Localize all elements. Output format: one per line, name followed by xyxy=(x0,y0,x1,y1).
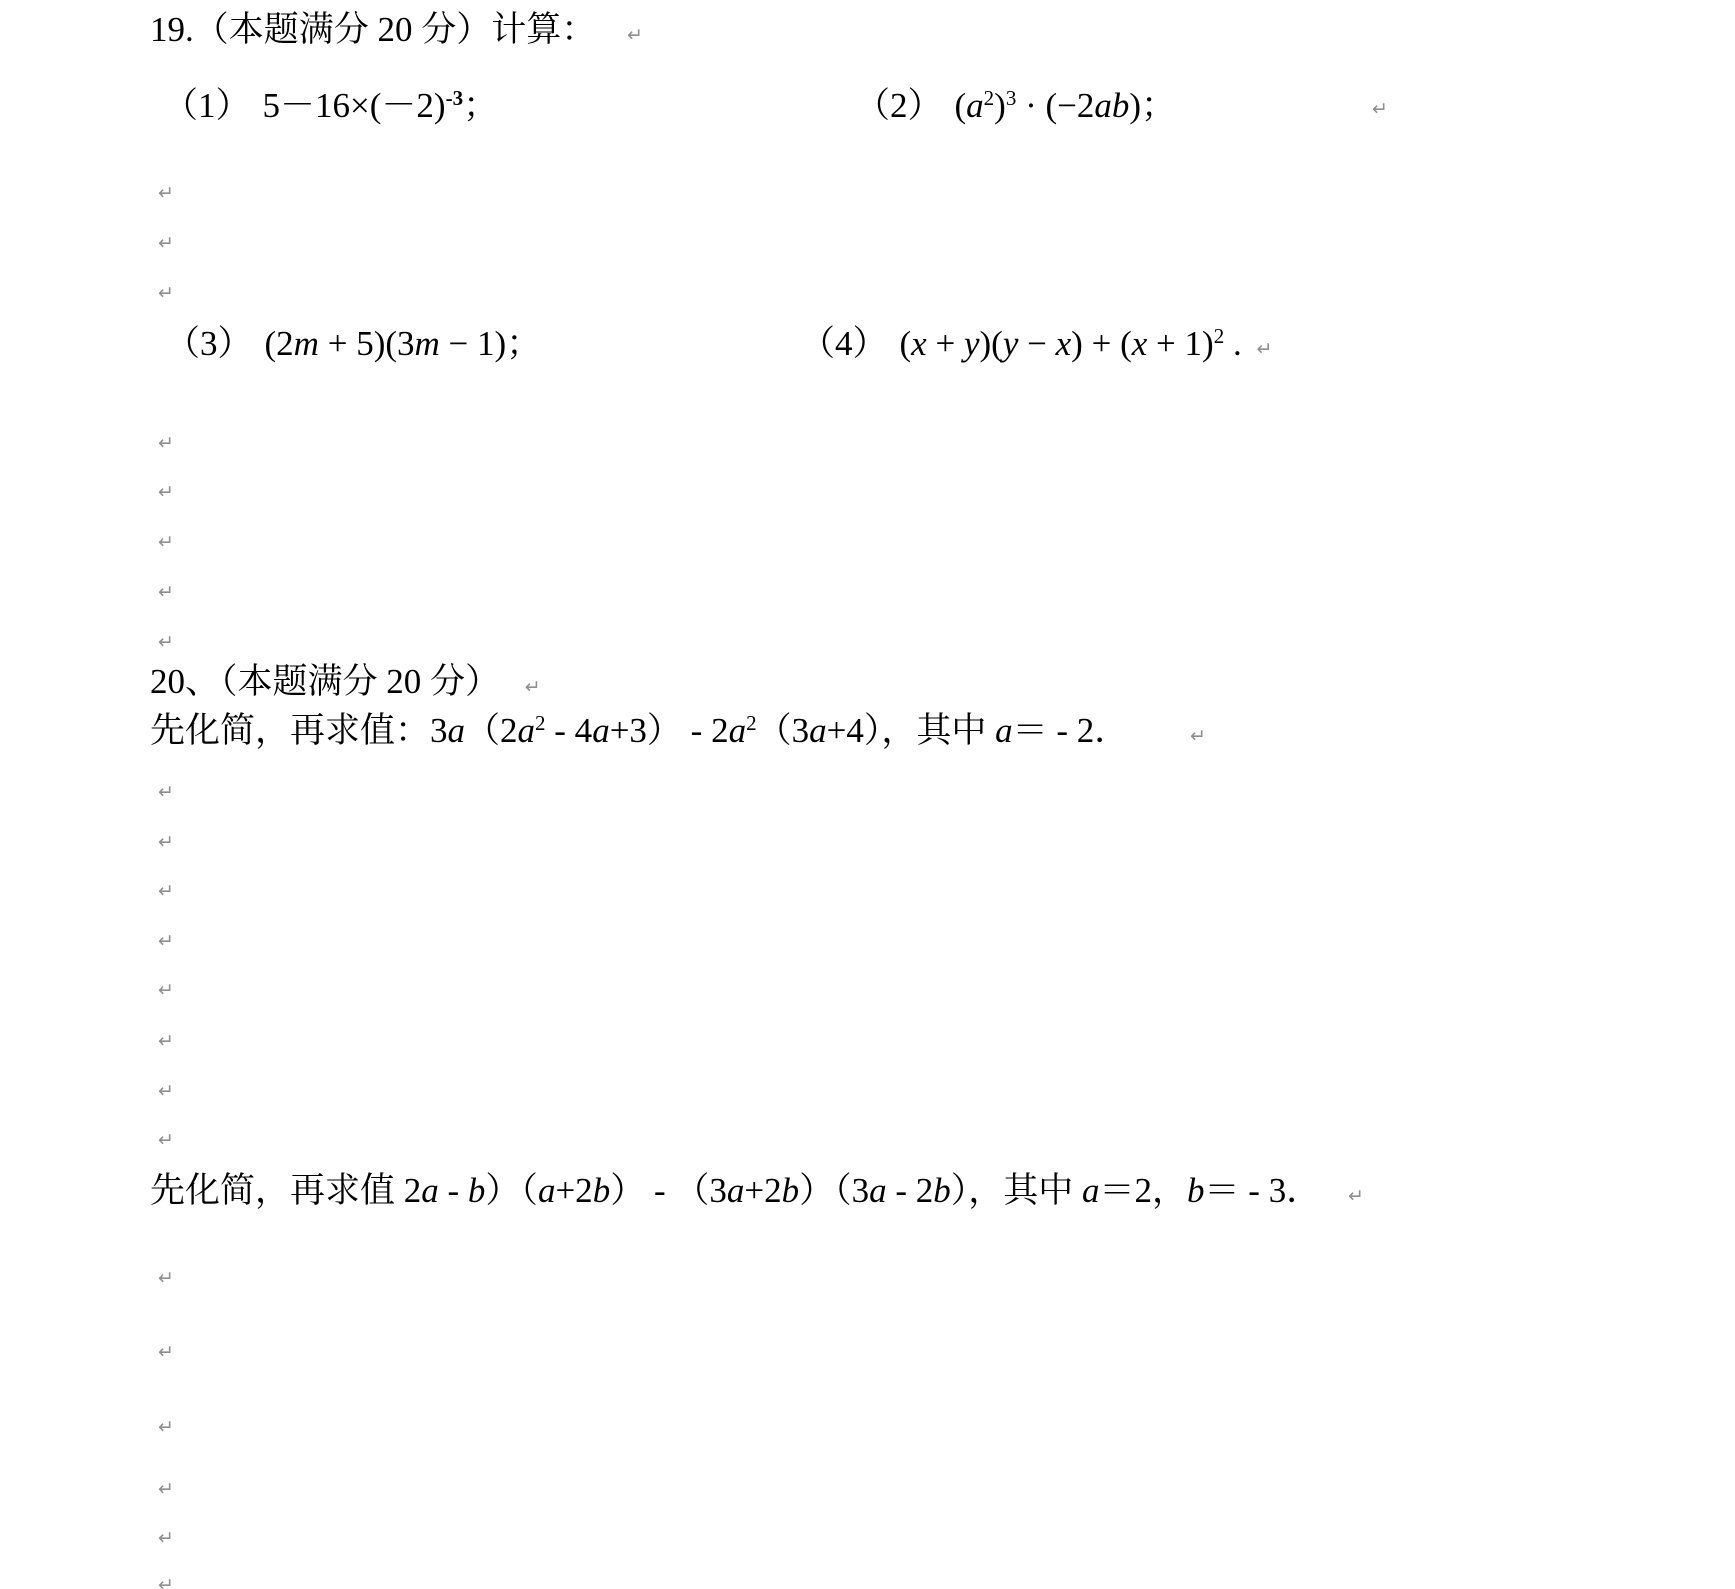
part-3-punctuation: − 1)； xyxy=(440,324,541,363)
line-b-text: - 2 xyxy=(887,1171,934,1210)
paragraph-mark-icon: ↵ xyxy=(158,882,174,901)
paragraph-mark-icon: ↵ xyxy=(158,1418,174,1437)
problem-20-heading-text: 20、（本题满分 20 分） xyxy=(150,662,500,701)
paragraph-mark-icon: ↵ xyxy=(158,583,174,602)
line-b-text: ）（ xyxy=(485,1171,538,1210)
paragraph-mark-icon: ↵ xyxy=(158,981,174,1000)
paragraph-mark-icon: ↵ xyxy=(158,1529,174,1548)
paragraph-mark-icon: ↵ xyxy=(1348,1187,1364,1206)
variable-x: x xyxy=(911,324,927,363)
variable-x: x xyxy=(1132,324,1148,363)
paragraph-mark-icon: ↵ xyxy=(1190,727,1206,746)
paragraph-mark-icon: ↵ xyxy=(158,234,174,253)
variable-b: b xyxy=(1187,1171,1205,1210)
part-3-expression: + 5)(3 xyxy=(319,324,415,363)
line-b-text: ＝ - 3． xyxy=(1205,1171,1322,1210)
line-b-text: - xyxy=(439,1171,468,1210)
variable-y: y xyxy=(964,324,980,363)
line-b-text: ），其中 xyxy=(951,1171,1082,1210)
paragraph-mark-icon: ↵ xyxy=(158,1269,174,1288)
part-2-label: （2） xyxy=(855,86,943,125)
paragraph-mark-icon: ↵ xyxy=(158,1576,174,1589)
problem-19-part-2: （2）(a2)3 · (−2ab)； xyxy=(855,84,1176,128)
variable-a: a xyxy=(995,711,1013,750)
part-1-exponent: -3 xyxy=(446,86,464,110)
variable-a: a xyxy=(869,1171,887,1210)
document-page: { "page": { "background_color": "#ffffff… xyxy=(0,0,1735,1589)
part-3-label: （3） xyxy=(165,324,253,363)
line-a-text: （2 xyxy=(465,711,518,750)
variable-a: a xyxy=(1082,1171,1100,1210)
line-a-text: +4），其中 xyxy=(827,711,996,750)
paragraph-mark-icon: ↵ xyxy=(158,633,174,652)
problem-20-line-a: 先化简，再求值：3a（2a2 - 4a+3） - 2a2（3a+4），其中 a＝… xyxy=(150,709,1206,753)
part-4-expression: − xyxy=(1018,324,1055,363)
line-b-text: ）（3 xyxy=(799,1171,869,1210)
part-1-expression: 5－16×(－2) xyxy=(263,86,446,125)
line-a-text: - 4 xyxy=(546,711,593,750)
line-a-text: （3 xyxy=(757,711,810,750)
line-b-text: 先化简，再求值 2 xyxy=(150,1171,421,1210)
part-4-expression: + xyxy=(927,324,964,363)
part-2-punctuation: )； xyxy=(1129,86,1176,125)
part-4-expression: ( xyxy=(900,324,912,363)
part-1-punctuation: ； xyxy=(463,86,498,125)
variable-a: a xyxy=(809,711,827,750)
paragraph-mark-icon: ↵ xyxy=(158,1480,174,1499)
line-a-text: ＝ - 2． xyxy=(1013,711,1130,750)
problem-20-line-b: 先化简，再求值 2a - b）（a+2b） - （3a+2b）（3a - 2b）… xyxy=(150,1169,1364,1213)
paragraph-mark-icon: ↵ xyxy=(158,1131,174,1150)
line-b-text: ＝2， xyxy=(1100,1171,1188,1210)
variable-a: a xyxy=(538,1171,556,1210)
paragraph-mark-icon: ↵ xyxy=(158,533,174,552)
paragraph-mark-icon: ↵ xyxy=(158,434,174,453)
exponent-2: 2 xyxy=(984,86,995,110)
exponent-2: 2 xyxy=(1214,324,1225,348)
line-b-text: +2 xyxy=(555,1171,592,1210)
paragraph-mark-icon: ↵ xyxy=(158,1082,174,1101)
paragraph-mark-icon: ↵ xyxy=(525,678,541,697)
variable-y: y xyxy=(1003,324,1019,363)
variable-m: m xyxy=(415,324,440,363)
variable-a: a xyxy=(421,1171,439,1210)
paragraph-mark-icon: ↵ xyxy=(158,783,174,802)
part-2-expression: ) xyxy=(994,86,1006,125)
paragraph-mark-icon: ↵ xyxy=(158,1032,174,1051)
paragraph-mark-icon: ↵ xyxy=(158,483,174,502)
variable-a: a xyxy=(448,711,466,750)
exponent-2: 2 xyxy=(535,711,546,735)
part-3-expression: (2 xyxy=(265,324,294,363)
problem-19-heading: 19.（本题满分 20 分）计算： ↵ xyxy=(150,8,643,52)
exponent-2: 2 xyxy=(746,711,757,735)
paragraph-mark-icon: ↵ xyxy=(158,1343,174,1362)
variable-b: b xyxy=(593,1171,611,1210)
paragraph-mark-icon: ↵ xyxy=(158,932,174,951)
variable-a: a xyxy=(729,711,747,750)
paragraph-mark-icon: ↵ xyxy=(158,284,174,303)
line-a-text: +3） - 2 xyxy=(610,711,729,750)
variable-a: a xyxy=(518,711,536,750)
variable-a: a xyxy=(592,711,610,750)
variable-b: b xyxy=(782,1171,800,1210)
line-b-text: +2 xyxy=(744,1171,781,1210)
line-b-text: ） - （3 xyxy=(610,1171,727,1210)
part-2-expression: ( xyxy=(955,86,967,125)
variable-x: x xyxy=(1056,324,1072,363)
variable-a: a xyxy=(727,1171,745,1210)
problem-19-part-4: （4）(x + y)(y − x) + (x + 1)2 . ↵ xyxy=(800,322,1272,366)
part-4-label: （4） xyxy=(800,324,888,363)
paragraph-mark-icon: ↵ xyxy=(158,833,174,852)
variable-b: b xyxy=(933,1171,951,1210)
part-2-expression: · (−2 xyxy=(1016,86,1094,125)
problem-19-heading-text: 19.（本题满分 20 分）计算： xyxy=(150,10,596,49)
part-1-label: （1） xyxy=(163,86,251,125)
paragraph-mark-icon: ↵ xyxy=(158,184,174,203)
problem-19-part-3: （3）(2m + 5)(3m − 1)； xyxy=(165,322,541,366)
variable-m: m xyxy=(294,324,319,363)
line-a-text: 先化简，再求值：3 xyxy=(150,711,448,750)
variable-a: a xyxy=(966,86,984,125)
paragraph-mark-icon: ↵ xyxy=(627,26,643,45)
variable-ab: ab xyxy=(1094,86,1129,125)
exponent-3: 3 xyxy=(1006,86,1017,110)
variable-b: b xyxy=(468,1171,486,1210)
paragraph-mark-icon: ↵ xyxy=(1372,100,1388,119)
part-4-expression: ) + ( xyxy=(1071,324,1132,363)
part-4-expression: )( xyxy=(980,324,1003,363)
part-4-expression: + 1) xyxy=(1147,324,1213,363)
part-4-punctuation: . xyxy=(1224,324,1242,363)
paragraph-mark-icon: ↵ xyxy=(1256,340,1272,359)
problem-19-part-1: （1）5－16×(－2)-3； xyxy=(163,84,498,128)
problem-20-heading: 20、（本题满分 20 分） ↵ xyxy=(150,660,541,704)
